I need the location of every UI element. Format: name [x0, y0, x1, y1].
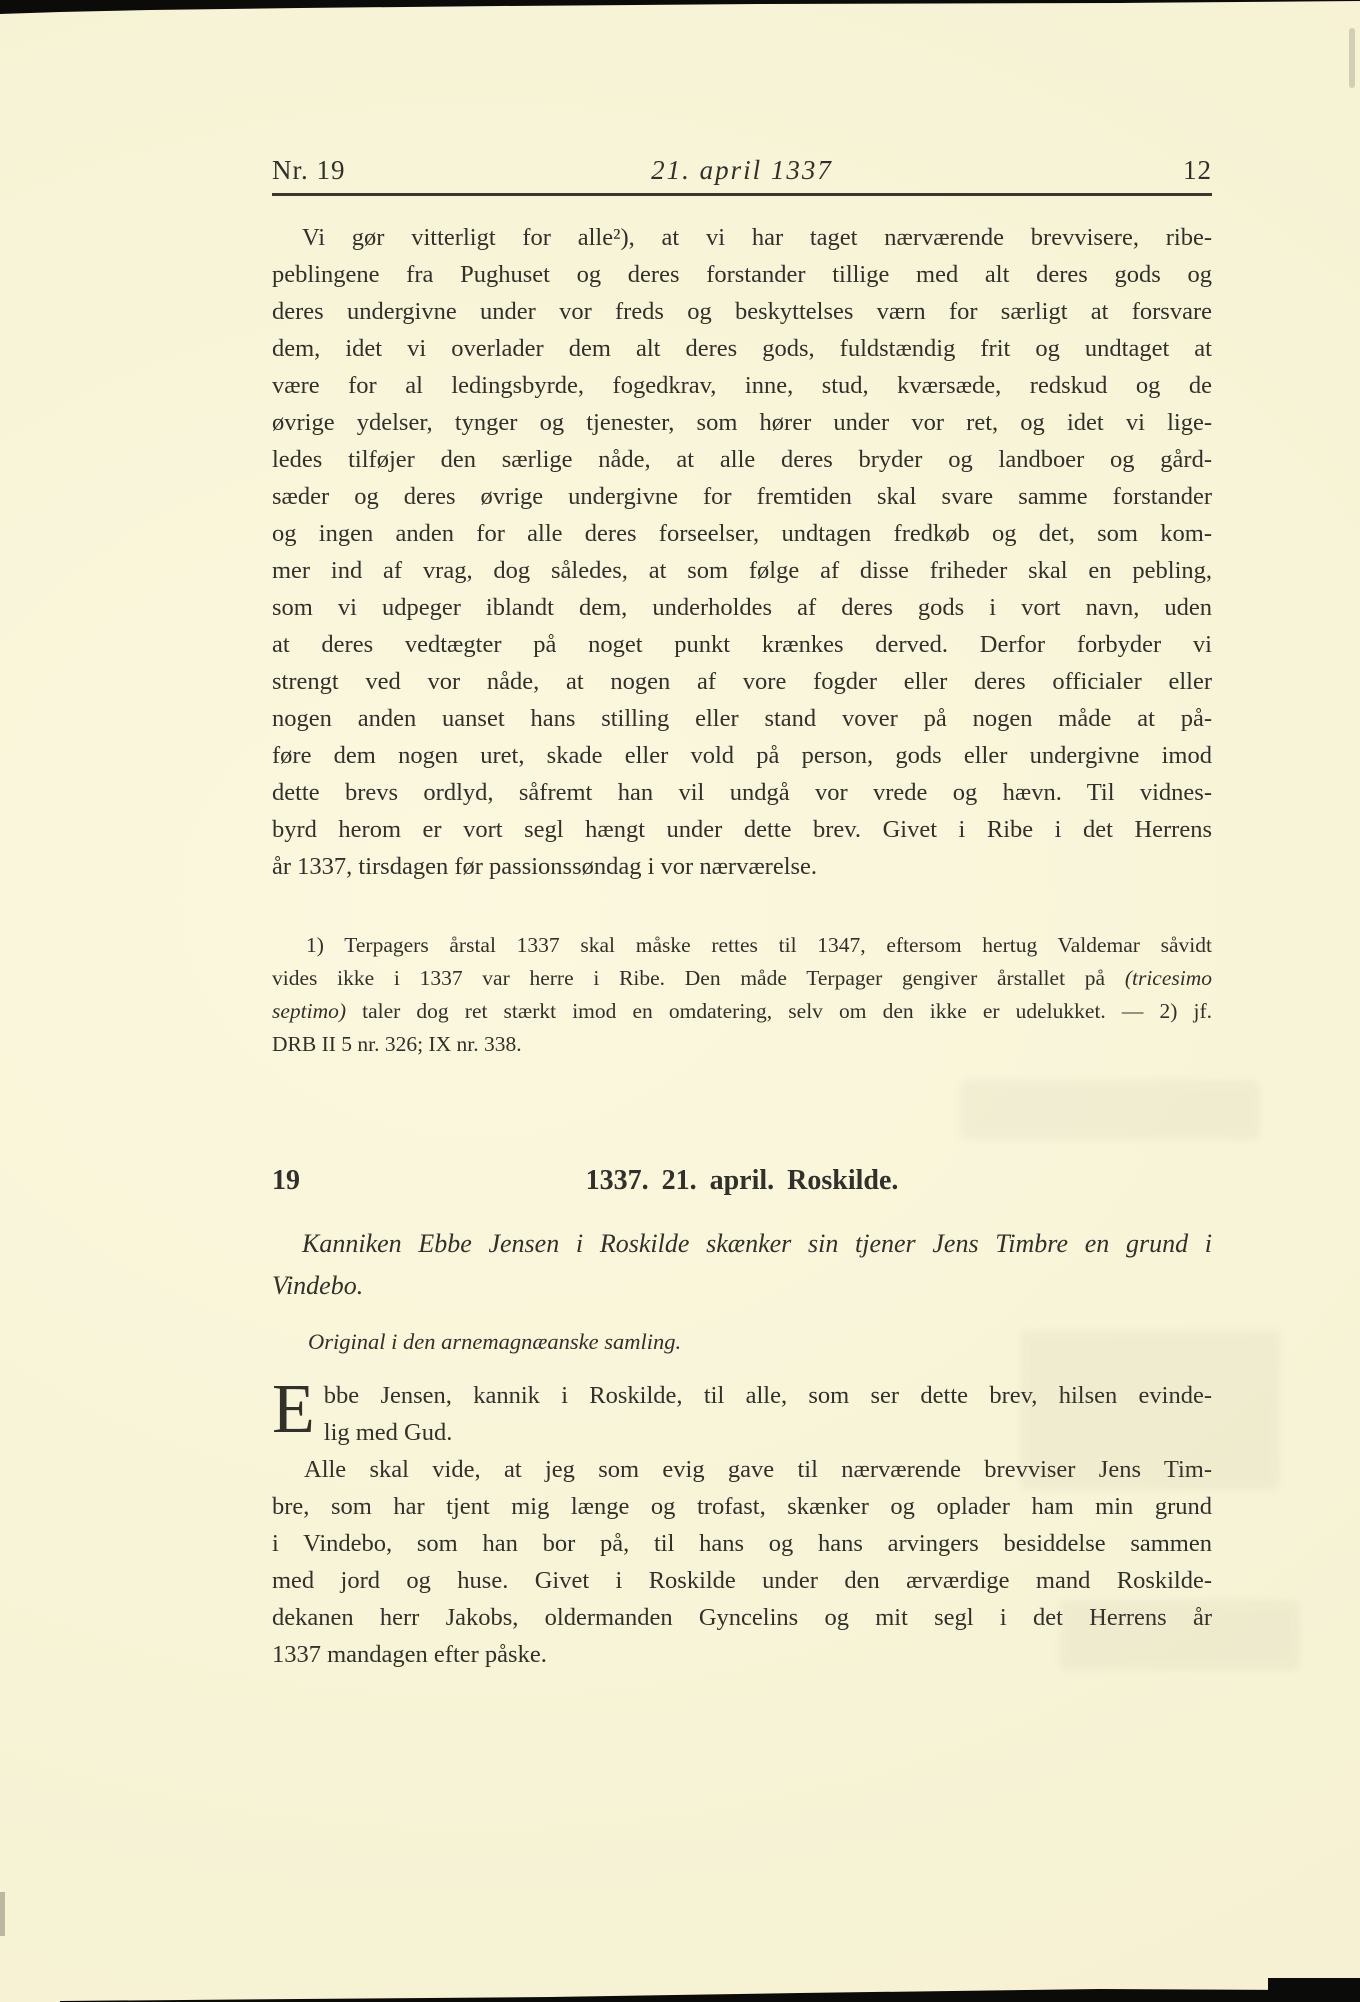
text-line: Vindebo. — [272, 1265, 1212, 1307]
text-line: som vi udpeger iblandt dem, underholdes … — [272, 589, 1212, 626]
dropcap-initial: E — [272, 1377, 324, 1447]
header-rule — [272, 193, 1212, 196]
text-line: septimo) taler dog ret stærkt imod en om… — [272, 995, 1212, 1028]
scan-edge-right-mark — [1349, 28, 1355, 88]
entry-summary: Kanniken Ebbe Jensen i Roskilde skænker … — [272, 1223, 1212, 1307]
page-showthrough-smudge — [960, 1080, 1260, 1140]
text-line: byrd herom er vort segl hængt under dett… — [272, 811, 1212, 848]
text-line: mer ind af vrag, dog således, at som føl… — [272, 552, 1212, 589]
header-date: 21. april 1337 — [651, 155, 833, 186]
text-line: DRB II 5 nr. 326; IX nr. 338. — [272, 1028, 1212, 1061]
doc-previous-footnotes: 1) Terpagers årstal 1337 skal måske rett… — [272, 929, 1212, 1061]
text-line: ledes tilføjer den særlige nåde, at alle… — [272, 441, 1212, 478]
scan-edge-left-mark — [0, 1892, 5, 1936]
text-line: med jord og huse. Givet i Roskilde under… — [272, 1562, 1212, 1599]
entry-number: 19 — [272, 1165, 300, 1197]
text-line: peblingene fra Pughuset og deres forstan… — [272, 256, 1212, 293]
text-line: strengt ved vor nåde, at nogen af vore f… — [272, 663, 1212, 700]
entry-date-place: 1337. 21. april. Roskilde. — [586, 1165, 899, 1197]
entry-heading: 19 1337. 21. april. Roskilde. — [272, 1157, 1212, 1197]
running-header: Nr. 19 21. april 1337 12 — [272, 0, 1212, 186]
scan-edge-bottom — [0, 1974, 1360, 2002]
text-line: sæder og deres øvrige undergivne for fre… — [272, 478, 1212, 515]
text-line: være for al ledingsbyrde, fogedkrav, inn… — [272, 367, 1212, 404]
text-line: bre, som har tjent mig længe og trofast,… — [272, 1488, 1212, 1525]
book-page: Nr. 19 21. april 1337 12 Vi gør vitterli… — [0, 0, 1360, 2002]
text-line: vides ikke i 1337 var herre i Ribe. Den … — [272, 962, 1212, 995]
text-line: Kanniken Ebbe Jensen i Roskilde skænker … — [272, 1223, 1212, 1265]
text-line: dette brevs ordlyd, såfremt han vil undg… — [272, 774, 1212, 811]
text-line: føre dem nogen uret, skade eller vold på… — [272, 737, 1212, 774]
page-showthrough-smudge — [1020, 1330, 1280, 1490]
text-line: øvrige ydelser, tynger og tjenester, som… — [272, 404, 1212, 441]
header-entry-number: Nr. 19 — [272, 155, 346, 186]
text-line: deres undergivne under vor freds og besk… — [272, 293, 1212, 330]
header-page-number: 12 — [1183, 155, 1212, 186]
text-line: at deres vedtægter på noget punkt krænke… — [272, 626, 1212, 663]
text-line: dem, idet vi overlader dem alt deres god… — [272, 330, 1212, 367]
text-line: 1) Terpagers årstal 1337 skal måske rett… — [272, 929, 1212, 962]
page-showthrough-smudge — [1060, 1600, 1300, 1670]
text-line: og ingen anden for alle deres forseelser… — [272, 515, 1212, 552]
text-line: nogen anden uanset hans stilling eller s… — [272, 700, 1212, 737]
text-line: Vi gør vitterligt for alle²), at vi har … — [272, 219, 1212, 256]
text-line: år 1337, tirsdagen før passionssøndag i … — [272, 848, 1212, 885]
text-line: i Vindebo, som han bor på, til hans og h… — [272, 1525, 1212, 1562]
doc-previous-body-paragraph: Vi gør vitterligt for alle²), at vi har … — [272, 219, 1212, 885]
